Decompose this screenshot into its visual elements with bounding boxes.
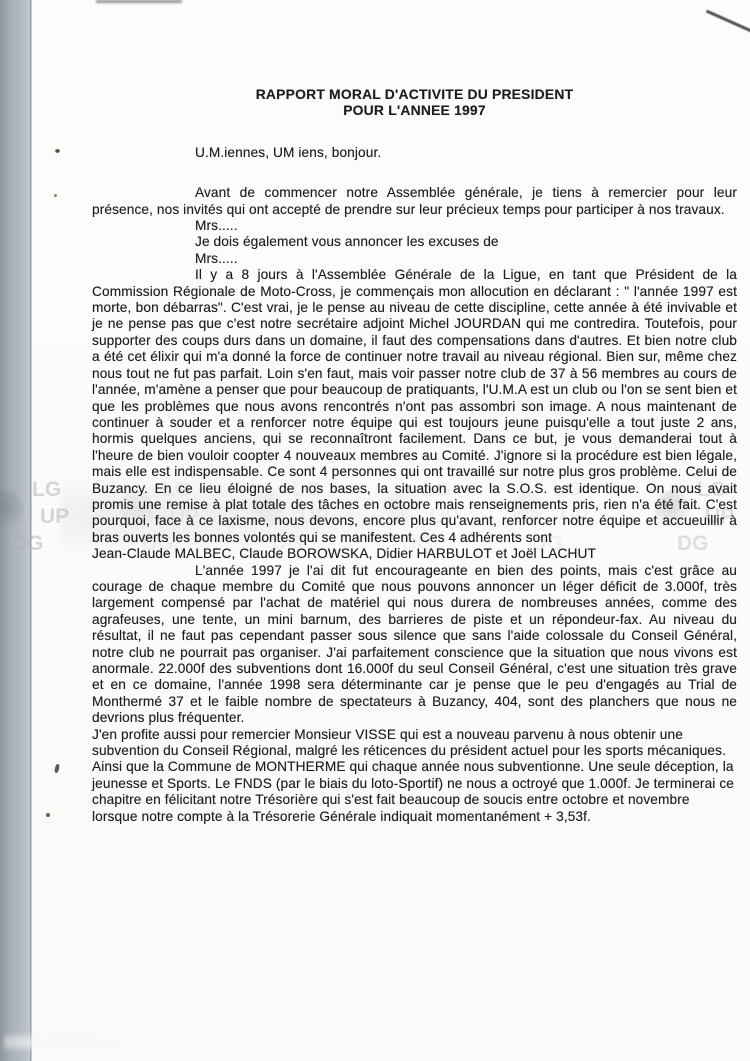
paragraph-mrs-excused: Mrs..... (92, 251, 737, 267)
paragraph-thanks: Avant de commencer notre Assemblée génér… (92, 185, 737, 218)
paragraph-mrs-present: Mrs..... (92, 218, 737, 234)
paragraph-subventions-thanks: J'en profite aussi pour remercier Monsie… (92, 727, 737, 825)
scanner-edge-band (0, 0, 30, 1061)
paragraph-new-members-names: Jean-Claude MALBEC, Claude BOROWSKA, Did… (92, 546, 737, 562)
document-body: RAPPORT MORAL D'ACTIVITE DU PRESIDENT PO… (92, 86, 737, 825)
scan-speck (46, 813, 50, 817)
document-title-line1: RAPPORT MORAL D'ACTIVITE DU PRESIDENT (92, 86, 737, 102)
scan-speck (54, 764, 60, 774)
scanner-band-smudge (4, 1031, 194, 1053)
paragraph-salutation: U.M.iennes, UM iens, bonjour. (92, 145, 737, 161)
paragraph-finances: L'année 1997 je l'ai dit fut encouragean… (92, 563, 737, 727)
page-edge-shadow (30, 0, 32, 1061)
scan-speck (54, 194, 57, 197)
document-title-line2: POUR L'ANNEE 1997 (92, 102, 737, 118)
paragraph-year-review: Il y a 8 jours à l'Assemblée Générale de… (92, 267, 737, 546)
top-right-scan-artifact (706, 10, 750, 34)
scan-speck (55, 149, 60, 153)
paragraph-excuses-intro: Je dois également vous annoncer les excu… (92, 234, 737, 250)
scanned-document-page: LG UP DG LG UP DG LG UP DG LG UP DG LG (0, 0, 750, 1061)
top-edge-scan-artifact (96, 0, 182, 3)
